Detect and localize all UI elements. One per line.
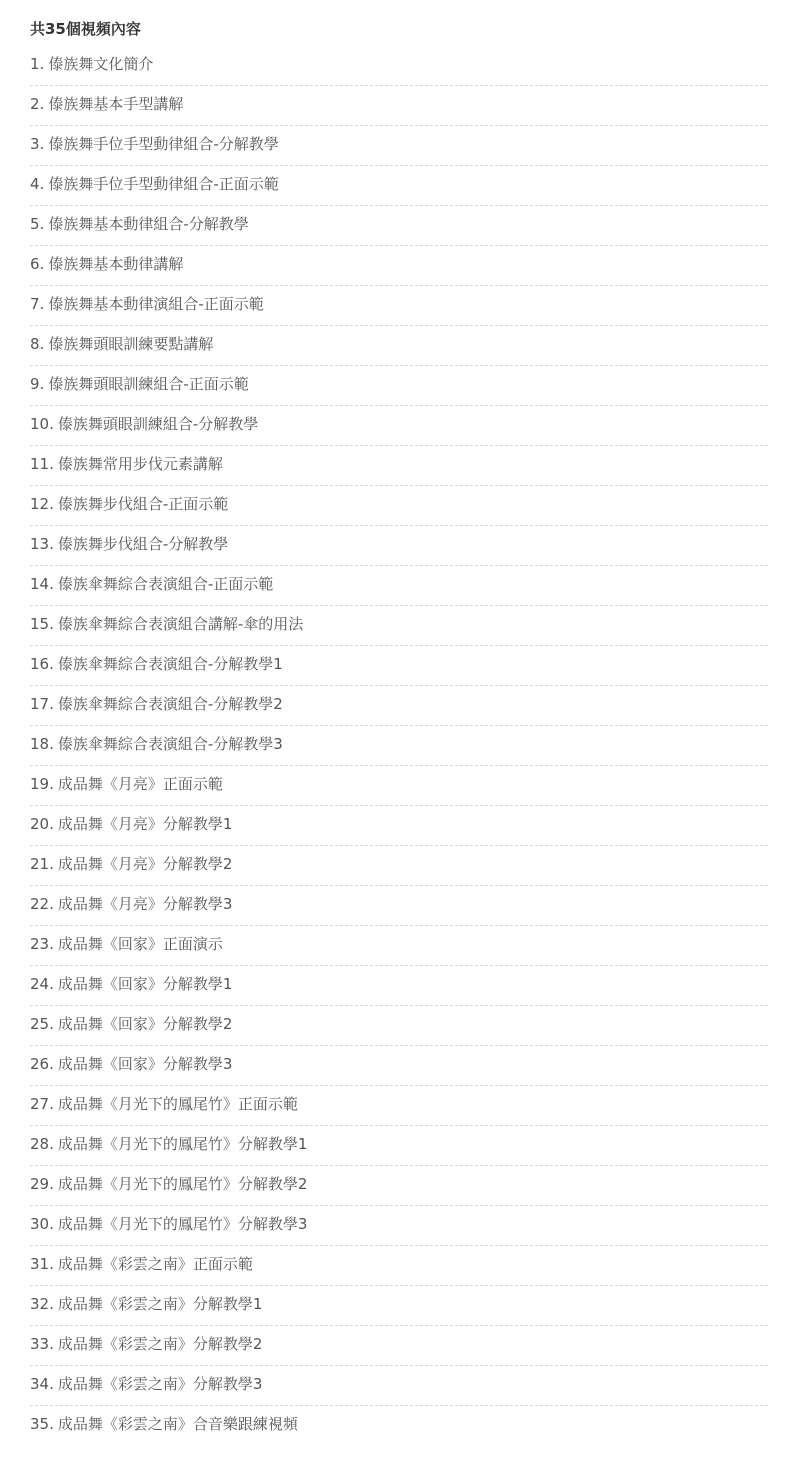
video-number: 26. <box>30 1055 54 1073</box>
video-title: 傣族舞基本動律演組合-正面示範 <box>48 295 263 313</box>
video-list-item[interactable]: 15.傣族傘舞綜合表演組合講解-傘的用法 <box>30 606 768 646</box>
video-list-panel: 共35個視頻內容 1.傣族舞文化簡介2.傣族舞基本手型講解3.傣族舞手位手型動律… <box>0 0 800 1445</box>
video-list-item[interactable]: 14.傣族傘舞綜合表演組合-正面示範 <box>30 566 768 606</box>
video-title: 傣族舞基本動律講解 <box>48 255 183 273</box>
video-title: 成品舞《彩雲之南》合音樂跟練視頻 <box>58 1415 298 1433</box>
video-title: 傣族舞基本動律組合-分解教學 <box>48 215 248 233</box>
video-title: 成品舞《月光下的鳳尾竹》分解教學1 <box>58 1135 308 1153</box>
video-title: 傣族傘舞綜合表演組合-分解教學3 <box>58 735 283 753</box>
video-title: 成品舞《回家》分解教學2 <box>58 1015 233 1033</box>
video-list-item[interactable]: 12.傣族舞步伐組合-正面示範 <box>30 486 768 526</box>
video-title: 成品舞《月亮》分解教學2 <box>58 855 233 873</box>
video-title: 成品舞《月亮》正面示範 <box>58 775 223 793</box>
video-title: 傣族傘舞綜合表演組合-正面示範 <box>58 575 273 593</box>
video-list-item[interactable]: 6.傣族舞基本動律講解 <box>30 246 768 286</box>
video-list-item[interactable]: 4.傣族舞手位手型動律組合-正面示範 <box>30 166 768 206</box>
video-title: 成品舞《彩雲之南》分解教學2 <box>58 1335 263 1353</box>
video-list-item[interactable]: 25.成品舞《回家》分解教學2 <box>30 1006 768 1046</box>
video-list-item[interactable]: 29.成品舞《月光下的鳳尾竹》分解教學2 <box>30 1166 768 1206</box>
video-title: 傣族舞手位手型動律組合-正面示範 <box>48 175 278 193</box>
video-number: 12. <box>30 495 54 513</box>
video-title: 傣族舞常用步伐元素講解 <box>58 455 223 473</box>
video-list: 1.傣族舞文化簡介2.傣族舞基本手型講解3.傣族舞手位手型動律組合-分解教學4.… <box>30 46 768 1445</box>
video-list-item[interactable]: 18.傣族傘舞綜合表演組合-分解教學3 <box>30 726 768 766</box>
video-number: 16. <box>30 655 54 673</box>
video-list-item[interactable]: 33.成品舞《彩雲之南》分解教學2 <box>30 1326 768 1366</box>
video-list-item[interactable]: 7.傣族舞基本動律演組合-正面示範 <box>30 286 768 326</box>
video-number: 22. <box>30 895 54 913</box>
video-number: 24. <box>30 975 54 993</box>
video-number: 8. <box>30 335 44 353</box>
video-number: 15. <box>30 615 54 633</box>
video-number: 10. <box>30 415 54 433</box>
video-number: 23. <box>30 935 54 953</box>
video-list-item[interactable]: 24.成品舞《回家》分解教學1 <box>30 966 768 1006</box>
video-title: 傣族舞步伐組合-分解教學 <box>58 535 228 553</box>
video-number: 9. <box>30 375 44 393</box>
video-number: 18. <box>30 735 54 753</box>
video-number: 14. <box>30 575 54 593</box>
video-number: 11. <box>30 455 54 473</box>
video-list-item[interactable]: 26.成品舞《回家》分解教學3 <box>30 1046 768 1086</box>
video-list-item[interactable]: 10.傣族舞頭眼訓練組合-分解教學 <box>30 406 768 446</box>
video-list-item[interactable]: 20.成品舞《月亮》分解教學1 <box>30 806 768 846</box>
video-title: 成品舞《回家》分解教學1 <box>58 975 233 993</box>
video-title: 傣族舞步伐組合-正面示範 <box>58 495 228 513</box>
video-number: 21. <box>30 855 54 873</box>
video-number: 35. <box>30 1415 54 1433</box>
video-list-item[interactable]: 16.傣族傘舞綜合表演組合-分解教學1 <box>30 646 768 686</box>
video-title: 傣族舞文化簡介 <box>48 55 153 73</box>
video-list-item[interactable]: 23.成品舞《回家》正面演示 <box>30 926 768 966</box>
video-list-item[interactable]: 11.傣族舞常用步伐元素講解 <box>30 446 768 486</box>
video-number: 30. <box>30 1215 54 1233</box>
video-list-item[interactable]: 13.傣族舞步伐組合-分解教學 <box>30 526 768 566</box>
video-title: 傣族舞頭眼訓練組合-正面示範 <box>48 375 248 393</box>
video-title: 傣族傘舞綜合表演組合-分解教學2 <box>58 695 283 713</box>
video-number: 29. <box>30 1175 54 1193</box>
video-number: 4. <box>30 175 44 193</box>
video-title: 成品舞《彩雲之南》分解教學1 <box>58 1295 263 1313</box>
video-number: 28. <box>30 1135 54 1153</box>
video-number: 20. <box>30 815 54 833</box>
video-list-item[interactable]: 30.成品舞《月光下的鳳尾竹》分解教學3 <box>30 1206 768 1246</box>
video-title: 成品舞《月亮》分解教學3 <box>58 895 233 913</box>
video-title: 傣族傘舞綜合表演組合講解-傘的用法 <box>58 615 303 633</box>
video-list-item[interactable]: 22.成品舞《月亮》分解教學3 <box>30 886 768 926</box>
video-list-item[interactable]: 17.傣族傘舞綜合表演組合-分解教學2 <box>30 686 768 726</box>
video-number: 32. <box>30 1295 54 1313</box>
video-number: 13. <box>30 535 54 553</box>
video-title: 傣族舞手位手型動律組合-分解教學 <box>48 135 278 153</box>
video-title: 傣族傘舞綜合表演組合-分解教學1 <box>58 655 283 673</box>
video-title: 成品舞《彩雲之南》正面示範 <box>58 1255 253 1273</box>
video-number: 17. <box>30 695 54 713</box>
video-list-item[interactable]: 5.傣族舞基本動律組合-分解教學 <box>30 206 768 246</box>
video-title: 成品舞《月光下的鳳尾竹》分解教學3 <box>58 1215 308 1233</box>
video-list-item[interactable]: 2.傣族舞基本手型講解 <box>30 86 768 126</box>
video-list-item[interactable]: 27.成品舞《月光下的鳳尾竹》正面示範 <box>30 1086 768 1126</box>
video-number: 31. <box>30 1255 54 1273</box>
video-list-item[interactable]: 1.傣族舞文化簡介 <box>30 46 768 86</box>
video-number: 7. <box>30 295 44 313</box>
video-title: 成品舞《彩雲之南》分解教學3 <box>58 1375 263 1393</box>
video-number: 5. <box>30 215 44 233</box>
video-list-item[interactable]: 31.成品舞《彩雲之南》正面示範 <box>30 1246 768 1286</box>
video-title: 成品舞《月光下的鳳尾竹》正面示範 <box>58 1095 298 1113</box>
video-list-item[interactable]: 19.成品舞《月亮》正面示範 <box>30 766 768 806</box>
video-title: 成品舞《月亮》分解教學1 <box>58 815 233 833</box>
video-list-item[interactable]: 21.成品舞《月亮》分解教學2 <box>30 846 768 886</box>
video-number: 34. <box>30 1375 54 1393</box>
video-list-item[interactable]: 28.成品舞《月光下的鳳尾竹》分解教學1 <box>30 1126 768 1166</box>
video-list-item[interactable]: 3.傣族舞手位手型動律組合-分解教學 <box>30 126 768 166</box>
video-title: 成品舞《回家》分解教學3 <box>58 1055 233 1073</box>
video-title: 成品舞《回家》正面演示 <box>58 935 223 953</box>
video-title: 傣族舞頭眼訓練組合-分解教學 <box>58 415 258 433</box>
video-number: 27. <box>30 1095 54 1113</box>
video-number: 25. <box>30 1015 54 1033</box>
video-number: 6. <box>30 255 44 273</box>
video-number: 3. <box>30 135 44 153</box>
video-number: 1. <box>30 55 44 73</box>
video-number: 33. <box>30 1335 54 1353</box>
video-title: 成品舞《月光下的鳳尾竹》分解教學2 <box>58 1175 308 1193</box>
video-list-item[interactable]: 8.傣族舞頭眼訓練要點講解 <box>30 326 768 366</box>
video-list-item[interactable]: 32.成品舞《彩雲之南》分解教學1 <box>30 1286 768 1326</box>
video-list-item[interactable]: 35.成品舞《彩雲之南》合音樂跟練視頻 <box>30 1406 768 1445</box>
video-number: 2. <box>30 95 44 113</box>
video-title: 傣族舞頭眼訓練要點講解 <box>48 335 213 353</box>
video-title: 傣族舞基本手型講解 <box>48 95 183 113</box>
video-count-title: 共35個視頻內容 <box>30 18 768 40</box>
video-list-item[interactable]: 34.成品舞《彩雲之南》分解教學3 <box>30 1366 768 1406</box>
video-number: 19. <box>30 775 54 793</box>
video-list-item[interactable]: 9.傣族舞頭眼訓練組合-正面示範 <box>30 366 768 406</box>
